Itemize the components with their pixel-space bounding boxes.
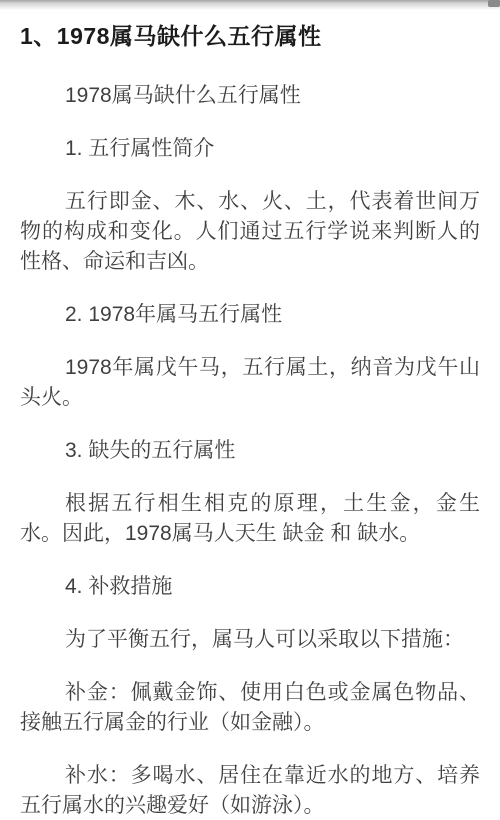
paragraph: 1978年属戊午马，五行属土，纳音为戊午山头火。 — [20, 353, 480, 413]
paragraph: 补金：佩戴金饰、使用白色或金属色物品、接触五行属金的行业（如金融）。 — [20, 678, 480, 738]
paragraph: 为了平衡五行，属马人可以采取以下措施： — [20, 625, 480, 655]
article: 1、1978属马缺什么五行属性 1978属马缺什么五行属性1. 五行属性简介五行… — [0, 0, 500, 820]
article-body: 1978属马缺什么五行属性1. 五行属性简介五行即金、木、水、火、土，代表着世间… — [20, 81, 480, 820]
paragraph: 五行即金、木、水、火、土，代表着世间万物的构成和变化。人们通过五行学说来判断人的… — [20, 187, 480, 277]
section-heading: 2. 1978年属马五行属性 — [20, 300, 480, 330]
article-title: 1、1978属马缺什么五行属性 — [20, 20, 480, 52]
section-heading: 3. 缺失的五行属性 — [20, 436, 480, 466]
section-heading: 4. 补救措施 — [20, 572, 480, 602]
section-heading: 1. 五行属性简介 — [20, 134, 480, 164]
paragraph: 根据五行相生相克的原理，土生金，金生水。因此，1978属马人天生 缺金 和 缺水… — [20, 489, 480, 549]
paragraph: 补水：多喝水、居住在靠近水的地方、培养五行属水的兴趣爱好（如游泳）。 — [20, 761, 480, 820]
paragraph: 1978属马缺什么五行属性 — [20, 81, 480, 111]
